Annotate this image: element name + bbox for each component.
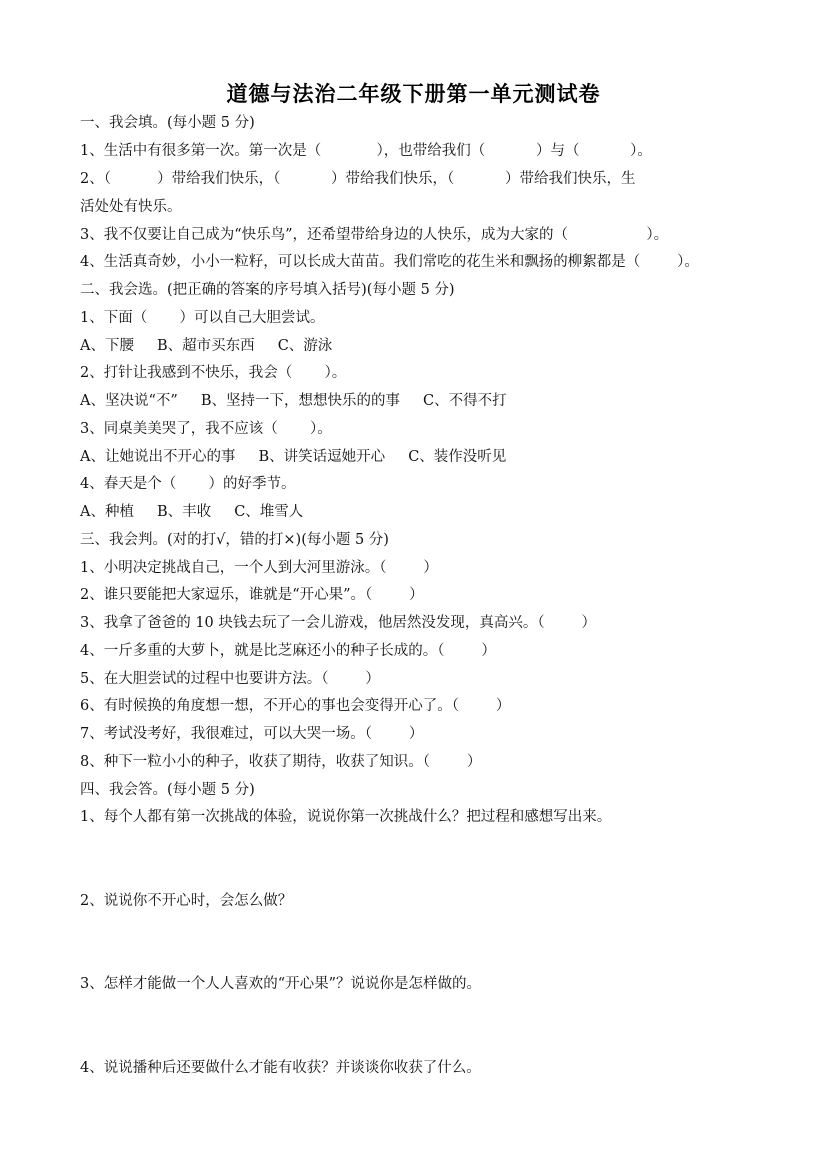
text-line: 四、我会答。(每小题 5 分) xyxy=(80,780,255,800)
text-line: 2、说说你不开心时，会怎么做？ xyxy=(80,891,292,911)
text-line: A、种植 B、丰收 C、堆雪人 xyxy=(80,502,303,522)
text-line: 二、我会选。(把正确的答案的序号填入括号)(每小题 5 分) xyxy=(80,280,455,300)
text-line: 7、考试没考好，我很难过，可以大哭一场。（ ） xyxy=(80,724,423,744)
text-line: 1、生活中有很多第一次。第一次是（ ），也带给我们（ ）与（ ）。 xyxy=(80,141,652,161)
text-line: A、坚决说“不” B、坚持一下，想想快乐的的事 C、不得不打 xyxy=(80,391,507,411)
text-line: 1、小明决定挑战自己，一个人到大河里游泳。（ ） xyxy=(80,558,438,578)
text-line: 4、说说播种后还要做什么才能有收获？并谈谈你收获了什么。 xyxy=(80,1058,481,1078)
text-line: 4、春天是个（ ）的好季节。 xyxy=(80,474,296,494)
text-line: 2、（ ）带给我们快乐，（ ）带给我们快乐，（ ）带给我们快乐，生 xyxy=(80,169,635,189)
text-line: 活处处有快乐。 xyxy=(80,197,182,217)
text-line: 3、同桌美美哭了，我不应该（ ）。 xyxy=(80,419,332,439)
text-line: 5、在大胆尝试的过程中也要讲方法。（ ） xyxy=(80,669,380,689)
text-line: 3、我拿了爸爸的 10 块钱去玩了一会儿游戏，他居然没发现，真高兴。（ ） xyxy=(80,613,596,633)
text-line: A、下腰 B、超市买东西 C、游泳 xyxy=(80,336,332,356)
text-line: 1、下面（ ）可以自己大胆尝试。 xyxy=(80,308,325,328)
text-line: 2、打针让我感到不快乐，我会（ ）。 xyxy=(80,363,346,383)
text-line: 4、一斤多重的大萝卜，就是比芝麻还小的种子长成的。（ ） xyxy=(80,641,496,661)
text-line: 3、怎样才能做一个人人喜欢的“开心果”？说说你是怎样做的。 xyxy=(80,974,481,994)
text-line: 6、有时候换的角度想一想，不开心的事也会变得开心了。（ ） xyxy=(80,696,510,716)
text-line: 8、种下一粒小小的种子，收获了期待，收获了知识。（ ） xyxy=(80,752,481,772)
text-line: 一、我会填。(每小题 5 分) xyxy=(80,113,255,133)
text-line: 3、我不仅要让自己成为“快乐鸟”，还希望带给身边的人快乐，成为大家的（ ）。 xyxy=(80,225,668,245)
document-title: 道德与法治二年级下册第一单元测试卷 xyxy=(0,78,827,108)
text-line: 三、我会判。(对的打√，错的打×)(每小题 5 分) xyxy=(80,530,389,550)
text-line: 2、谁只要能把大家逗乐，谁就是“开心果”。（ ） xyxy=(80,585,424,605)
text-line: 4、生活真奇妙，小小一粒籽，可以长成大苗苗。我们常吃的花生米和飘扬的柳絮都是（ … xyxy=(80,252,699,272)
text-line: 1、每个人都有第一次挑战的体验，说说你第一次挑战什么？把过程和感想写出来。 xyxy=(80,807,611,827)
text-line: A、让她说出不开心的事 B、讲笑话逗她开心 C、装作没听见 xyxy=(80,447,506,467)
